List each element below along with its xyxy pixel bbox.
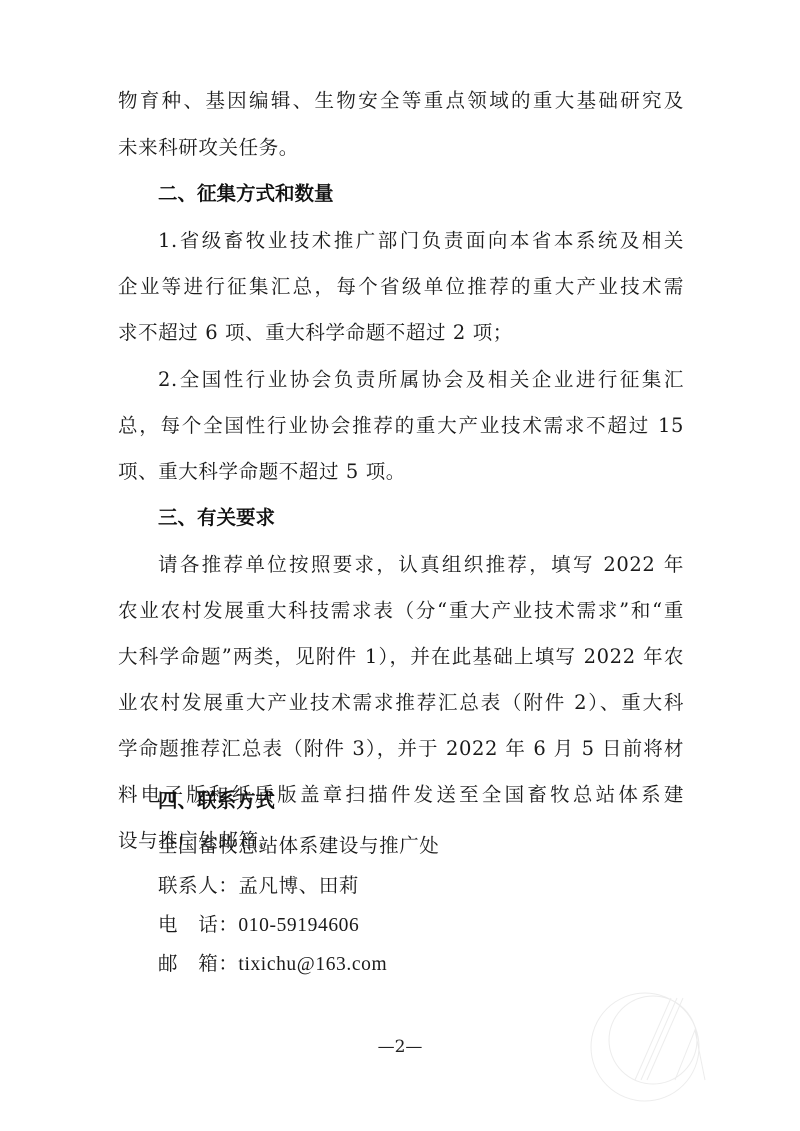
contact-phone-row: 电 话：010-59194606 (158, 910, 724, 941)
phone-label: 电 话 (158, 913, 218, 936)
paragraph-line: 未来科研攻关任务。 (118, 133, 684, 163)
colon: ： (218, 913, 238, 936)
paragraph-line: 2.全国性行业协会负责所属协会及相关企业进行征集汇 (158, 365, 684, 395)
section-heading-2: 二、征集方式和数量 (158, 179, 334, 209)
paragraph-line: 总，每个全国性行业协会推荐的重大产业技术需求不超过 15 (118, 411, 684, 441)
paragraph-line: 业农村发展重大产业技术需求推荐汇总表（附件 2）、重大科 (118, 688, 684, 718)
paragraph-line: 物育种、基因编辑、生物安全等重点领域的重大基础研究及 (118, 86, 684, 116)
colon: ： (218, 952, 238, 975)
paragraph-line: 大科学命题”两类，见附件 1），并在此基础上填写 2022 年农 (118, 642, 684, 672)
paragraph-line: 学命题推荐汇总表（附件 3），并于 2022 年 6 月 5 日前将材 (118, 734, 684, 764)
paragraph-line: 企业等进行征集汇总，每个省级单位推荐的重大产业技术需 (118, 272, 684, 302)
paragraph-line: 求不超过 6 项、重大科学命题不超过 2 项； (118, 318, 684, 348)
phone-value: 010-59194606 (238, 915, 359, 936)
document-page: 物育种、基因编辑、生物安全等重点领域的重大基础研究及 未来科研攻关任务。 二、征… (0, 0, 800, 1131)
section-heading-3: 三、有关要求 (158, 503, 275, 533)
logo-watermark-icon (583, 990, 713, 1105)
contact-person-row: 联系人：孟凡博、田莉 (158, 871, 724, 901)
colon: ： (218, 874, 238, 897)
email-value: tixichu@163.com (238, 954, 387, 975)
paragraph-line: 1.省级畜牧业技术推广部门负责面向本省本系统及相关 (158, 226, 684, 256)
contact-org: 全国畜牧总站体系建设与推广处 (158, 831, 724, 861)
paragraph-line: 农业农村发展重大科技需求表（分“重大产业技术需求”和“重 (118, 596, 684, 626)
paragraph-line: 请各推荐单位按照要求，认真组织推荐，填写 2022 年 (158, 550, 684, 580)
contact-person-label: 联系人 (158, 874, 218, 897)
contact-person-value: 孟凡博、田莉 (238, 874, 359, 897)
email-label: 邮 箱 (158, 952, 218, 975)
contact-email-row: 邮 箱：tixichu@163.com (158, 949, 724, 980)
section-heading-4: 四、联系方式 (158, 786, 275, 816)
paragraph-line: 项、重大科学命题不超过 5 项。 (118, 457, 684, 487)
